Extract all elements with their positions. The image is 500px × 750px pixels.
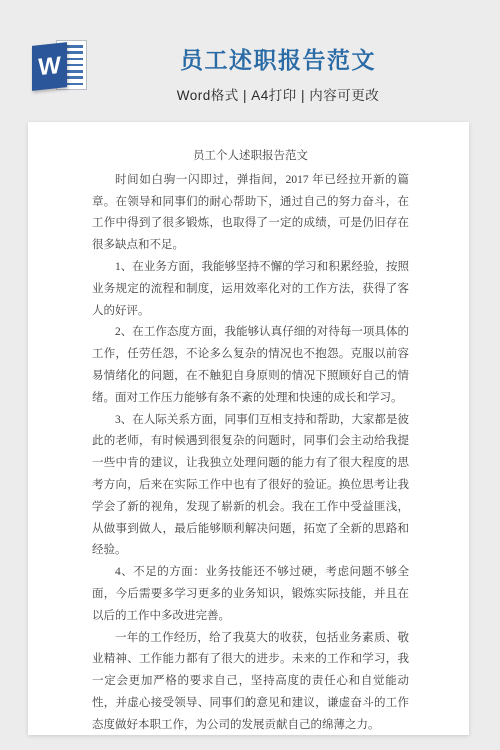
document-title: 员工个人述职报告范文	[92, 146, 409, 168]
page-title: 员工述职报告范文	[56, 42, 500, 75]
document-paragraph: 一年的工作经历，给了我莫大的收获，包括业务素质、敬业精神、工作能力都有了很大的进…	[92, 628, 409, 737]
document-body: 员工个人述职报告范文 时间如白驹一闪即过，弹指间，2017 年已经拉开新的篇章。…	[92, 146, 409, 737]
header: W 员工述职报告范文 Word格式 | A4打印 | 内容可更改	[0, 0, 500, 122]
document-preview-page: 员工个人述职报告范文 时间如白驹一闪即过，弹指间，2017 年已经拉开新的篇章。…	[28, 122, 469, 735]
document-paragraph: 2、在工作态度方面，我能够认真仔细的对待每一项具体的工作，任劳任怨，不论多么复杂…	[92, 322, 409, 409]
document-paragraph: 3、在人际关系方面，同事们互相支持和帮助，大家都是彼此的老师，有时候遇到很复杂的…	[92, 410, 409, 563]
page-number: 1	[28, 697, 469, 707]
header-text-block: 员工述职报告范文 Word格式 | A4打印 | 内容可更改	[56, 42, 500, 104]
document-paragraph: 时间如白驹一闪即过，弹指间，2017 年已经拉开新的篇章。在领导和同事们的耐心帮…	[92, 170, 409, 257]
page-subtitle: Word格式 | A4打印 | 内容可更改	[56, 84, 500, 104]
document-paragraph: 1、在业务方面，我能够坚持不懈的学习和积累经验，按照业务规定的流程和制度，运用效…	[92, 257, 409, 322]
document-paragraph: 4、不足的方面：业务技能还不够过硬，考虑问题不够全面，今后需要多学习更多的业务知…	[92, 562, 409, 627]
